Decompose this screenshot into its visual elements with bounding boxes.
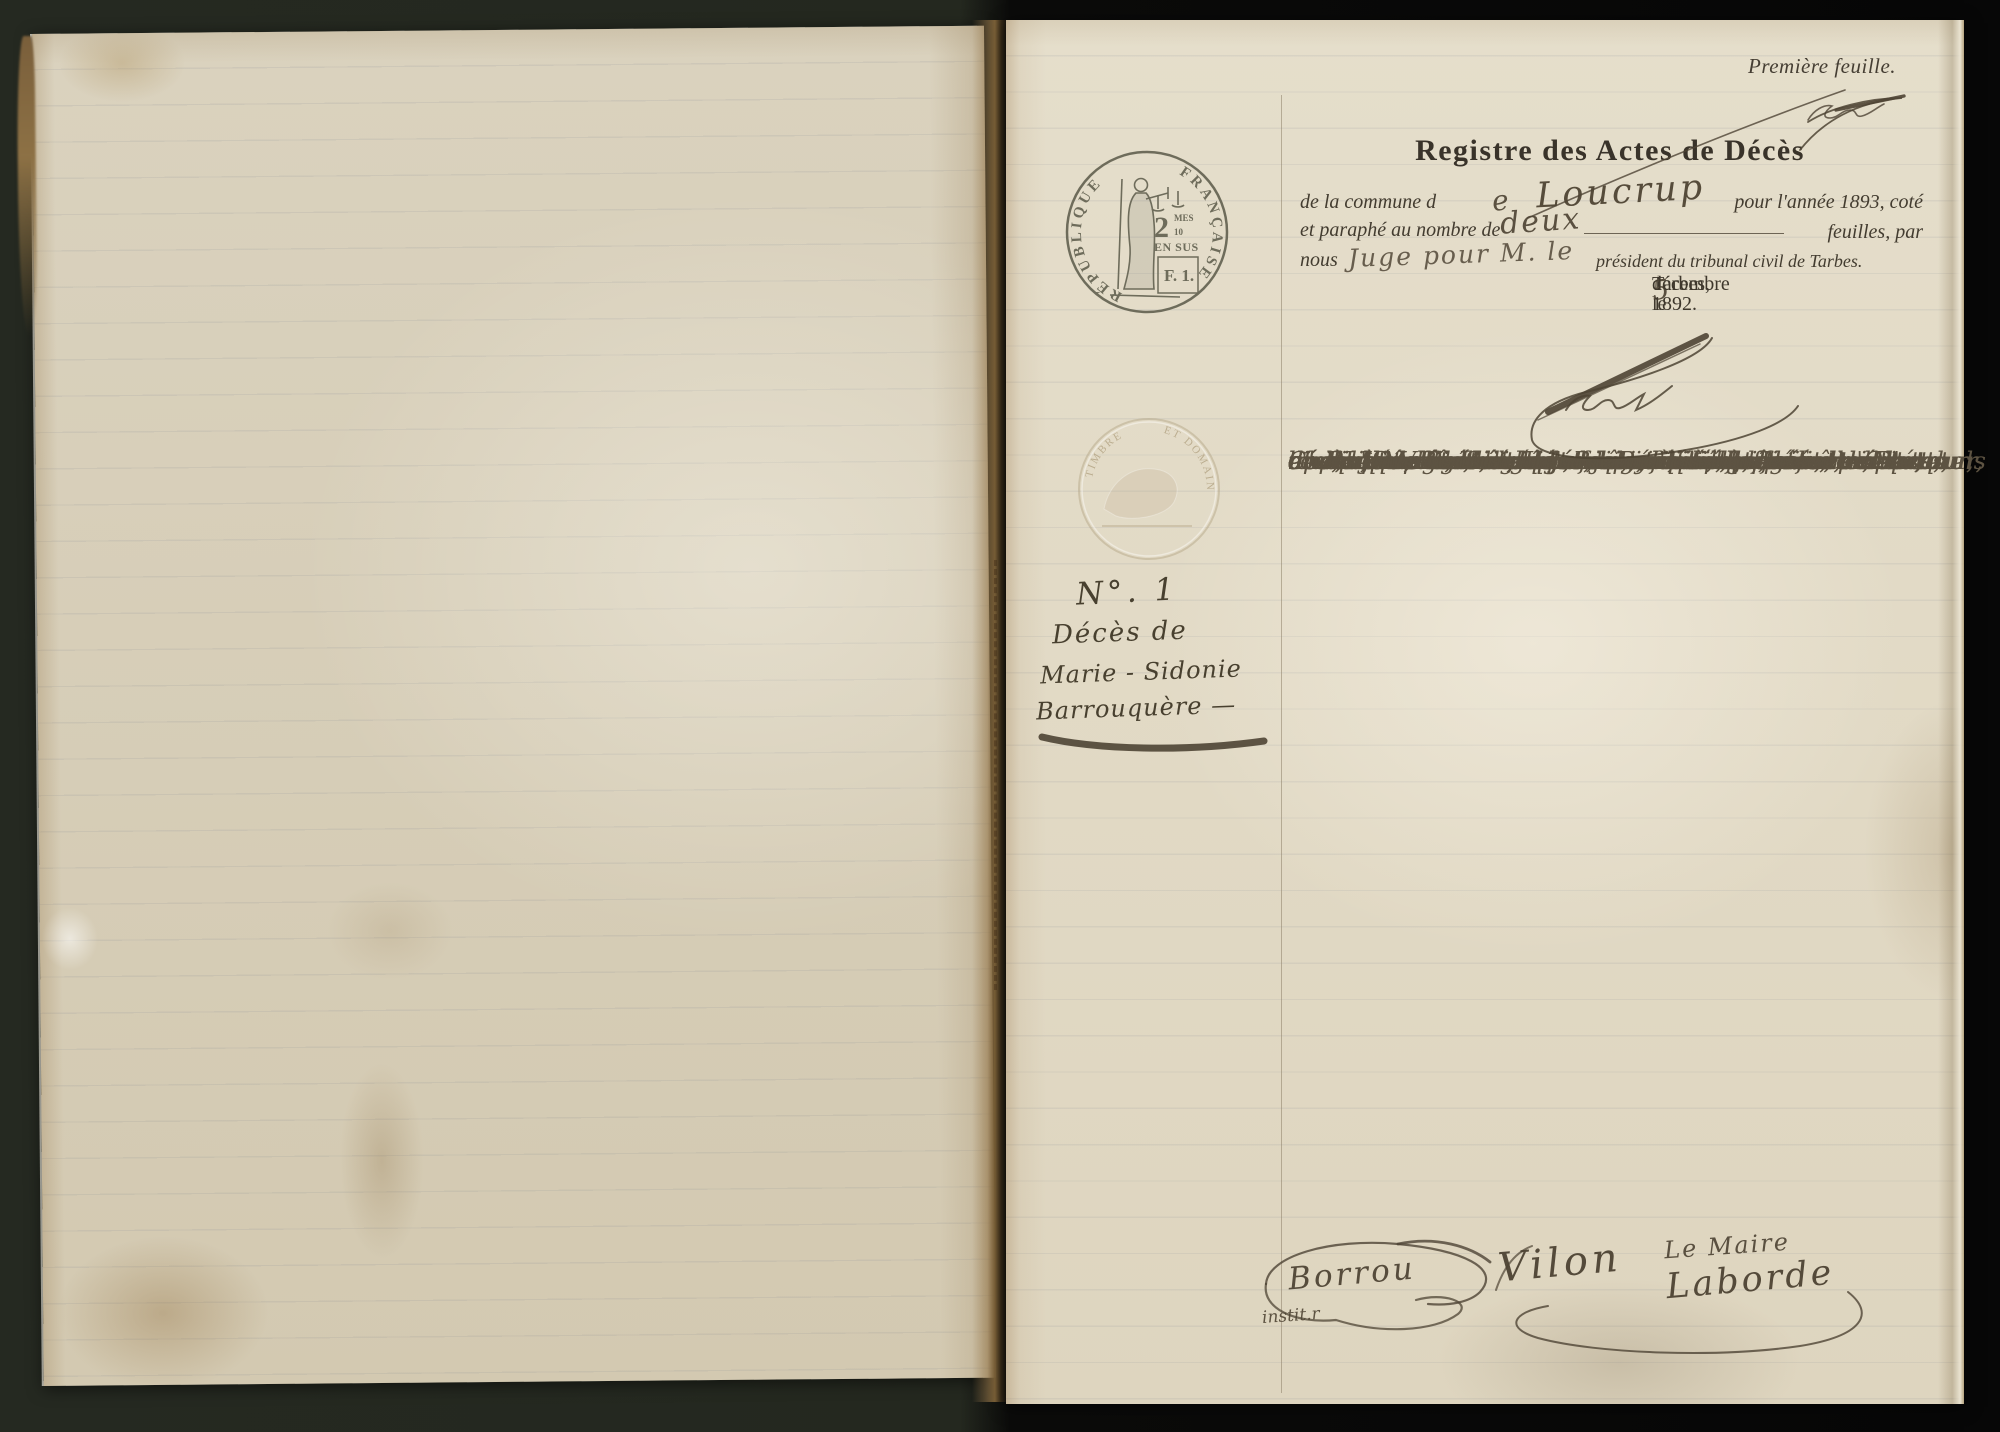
act-line: après que lecture leur en a été faite. bbox=[1288, 441, 1791, 483]
stamp-value: F. 1. bbox=[1164, 266, 1194, 285]
register-scan: Première feuille. Registre des Actes de … bbox=[0, 0, 2000, 1432]
form-line3-printed: nous bbox=[1300, 250, 1338, 270]
dateline-suffix: décembre 1892. bbox=[1652, 274, 1730, 314]
embossed-seal: TIMBRE ET DOMAINES bbox=[1074, 414, 1224, 564]
stamp-en-sus: EN SUS bbox=[1154, 240, 1199, 254]
stamp-denom-sub: 10 bbox=[1174, 227, 1184, 237]
revenue-stamp: RÉPUBLIQUE FRANÇAISE 2 MES 10 EN SUS F. … bbox=[1062, 147, 1232, 317]
left-page bbox=[32, 26, 996, 1386]
register-title: Registre des Actes de Décès bbox=[1320, 134, 1900, 167]
margin-note-line1: Décès de bbox=[1052, 616, 1189, 651]
form-line2-right: feuilles, par bbox=[1655, 222, 1923, 242]
margin-rule-line bbox=[1281, 95, 1282, 1393]
binding-stitches bbox=[994, 560, 997, 990]
signature-borrou-title: instit.r bbox=[1261, 1304, 1320, 1328]
stamp-denom-sup: MES bbox=[1174, 213, 1194, 223]
seal-eagle-icon bbox=[1104, 469, 1177, 519]
form-line1-printed: de la commune d bbox=[1300, 192, 1436, 212]
margin-note-number: N°. 1 bbox=[1075, 571, 1179, 612]
torn-page-edge bbox=[16, 36, 37, 336]
form-line2-printed: et paraphé au nombre de bbox=[1300, 220, 1500, 240]
form-line3-right: président du tribunal civil de Tarbes. bbox=[1596, 252, 1926, 270]
sheet-label: Première feuille. bbox=[1748, 56, 1896, 77]
